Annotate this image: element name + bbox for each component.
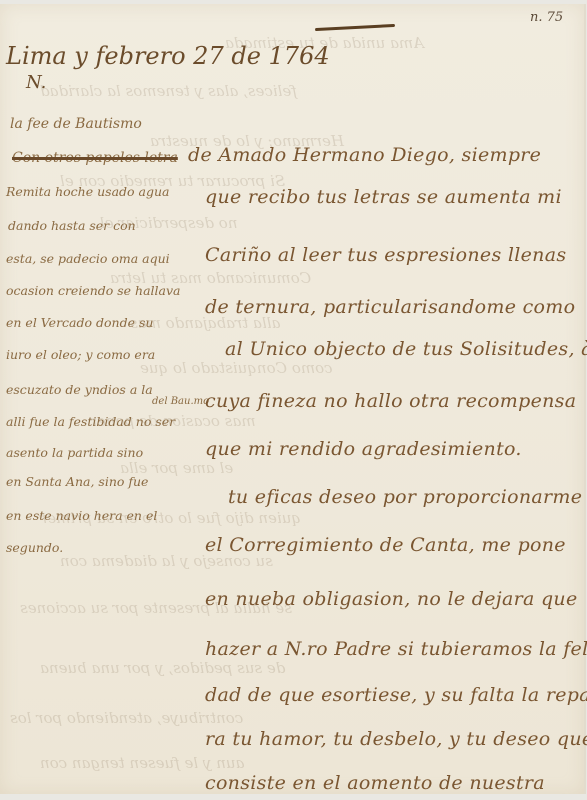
body-line: de ternura, particularisandome como [205,296,575,318]
body-line: al Unico objecto de tus Solisitudes, à [225,338,587,360]
bleed-through-line: de sus pedidos, y por una buena [40,659,285,677]
body-line: que mi rendido agradesimiento. [205,438,522,460]
body-line: en nueba obligasion, no le dejara que [205,588,578,610]
body-line: de Amado Hermano Diego, siempre [188,144,541,166]
margin-note: alli fue la festibidad no ser [6,414,175,429]
margin-note: en este navio hera en el [6,508,157,523]
body-line: hazer a N.ro Padre si tubieramos la feli [205,638,587,660]
body-line: que recibo tus letras se aumenta mi [205,186,562,208]
margin-note-struck: Con otros papeles letra [12,150,178,166]
folio-number: n. 75 [530,10,563,25]
body-line: Cariño al leer tus espresiones llenas [205,244,566,266]
body-line: ra tu hamor, tu desbelo, y tu deseo que [205,728,587,750]
margin-note: dando hasta ser con [8,218,136,233]
body-line: el Corregimiento de Canta, me pone [205,534,566,556]
margin-note: en Santa Ana, sino fue [6,474,148,489]
margin-note: asento la partida sino [6,445,143,460]
margin-note: iuro el oleo; y como era [6,347,155,362]
margin-note: esta, se padecio oma aqui [6,251,170,266]
margin-note: ocasion creiendo se hallava [6,283,181,298]
margin-note: Remita hoche usado agua [6,184,169,199]
manuscript-page: Ama unida de tu estimada felices, alas y… [0,4,586,794]
body-line: cuya fineza no hallo otra recompensa [205,390,576,412]
body-line: tu eficas deseo por proporcionarme [228,486,582,508]
body-line: dad de que esortiese, y su falta la repa [205,684,587,706]
margin-insert: del Bau.mo [152,396,209,407]
place-date-heading: Lima y febrero 27 de 1764 [6,42,330,70]
margin-note: en el Vercado donde su [6,315,153,330]
margin-note: segundo. [6,540,63,555]
margin-note: la fee de Bautismo [10,116,142,132]
bleed-through-line: contribuye, atendiendo por los [10,709,243,727]
heading-flourish [315,24,395,31]
number-mark: N. [26,72,46,93]
bleed-through-line: felices, alas y tenemos la claridad [40,82,297,100]
bleed-through-line: aun y le fuesen tengan con [40,754,244,772]
body-line: consiste en el aomento de nuestra [205,772,545,794]
bleed-through-line: como Conquistado lo que [140,359,333,377]
margin-note: escuzato de yndios a la [6,382,153,397]
